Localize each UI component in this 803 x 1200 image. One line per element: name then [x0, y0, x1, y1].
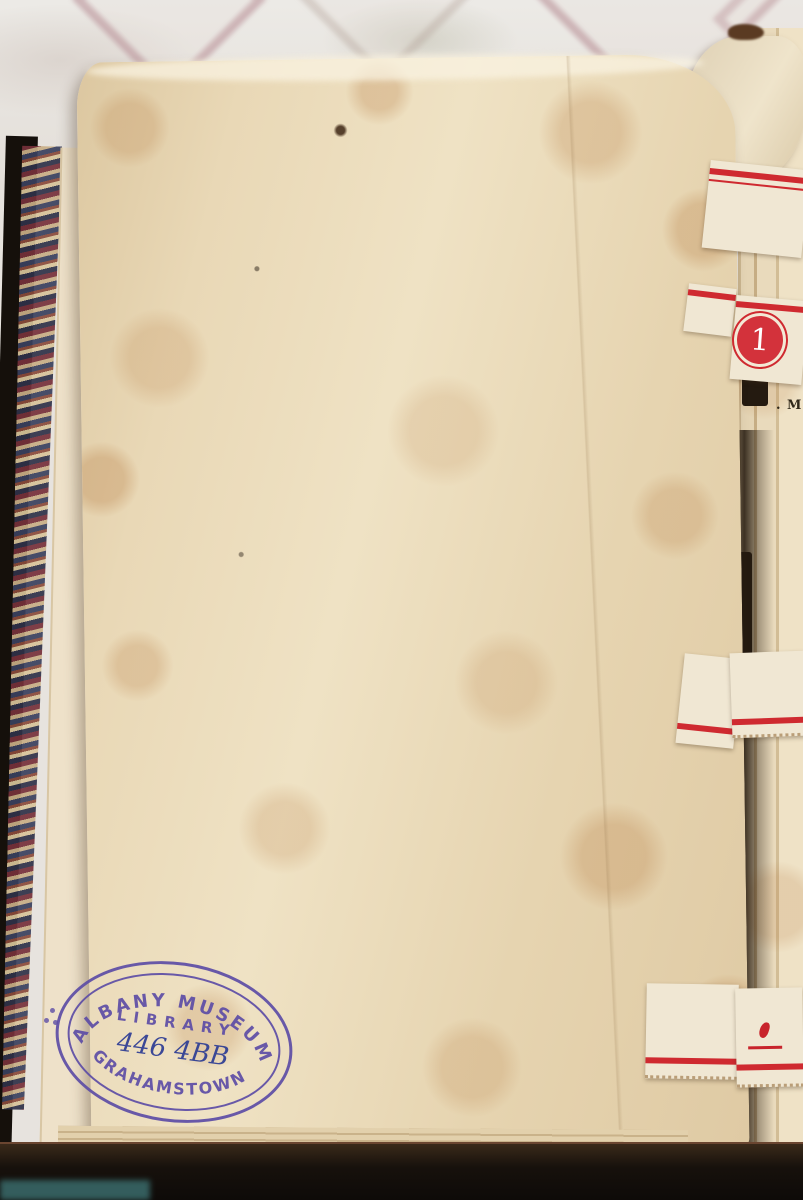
albany-museum-stamp: ALBANY MUSEUM GRAHAMSTOWN LIBRARY 446 4B… — [45, 946, 303, 1138]
red-striped-tab — [645, 983, 739, 1080]
red-striped-tab — [735, 987, 803, 1087]
red-striped-tab — [702, 160, 803, 258]
floor-teal-corner — [0, 1180, 150, 1200]
stain-smudge — [728, 24, 764, 40]
red-stripe — [688, 289, 736, 301]
red-stripe — [736, 301, 803, 313]
photograph-register-page: . M DO Robert. Turner. Tomlinson, BornGr… — [0, 0, 803, 1200]
red-printers-mark — [748, 1022, 782, 1050]
stamp-text: ALBANY MUSEUM GRAHAMSTOWN LIBRARY 446 4B… — [45, 946, 303, 1138]
red-stripe — [645, 1057, 737, 1065]
red-striped-tab — [683, 283, 736, 336]
red-stripe — [677, 723, 735, 735]
red-striped-tab — [730, 651, 803, 739]
red-stripe — [732, 717, 803, 726]
red-stripe — [736, 1063, 803, 1070]
printed-text-fragment: . M — [776, 398, 802, 413]
